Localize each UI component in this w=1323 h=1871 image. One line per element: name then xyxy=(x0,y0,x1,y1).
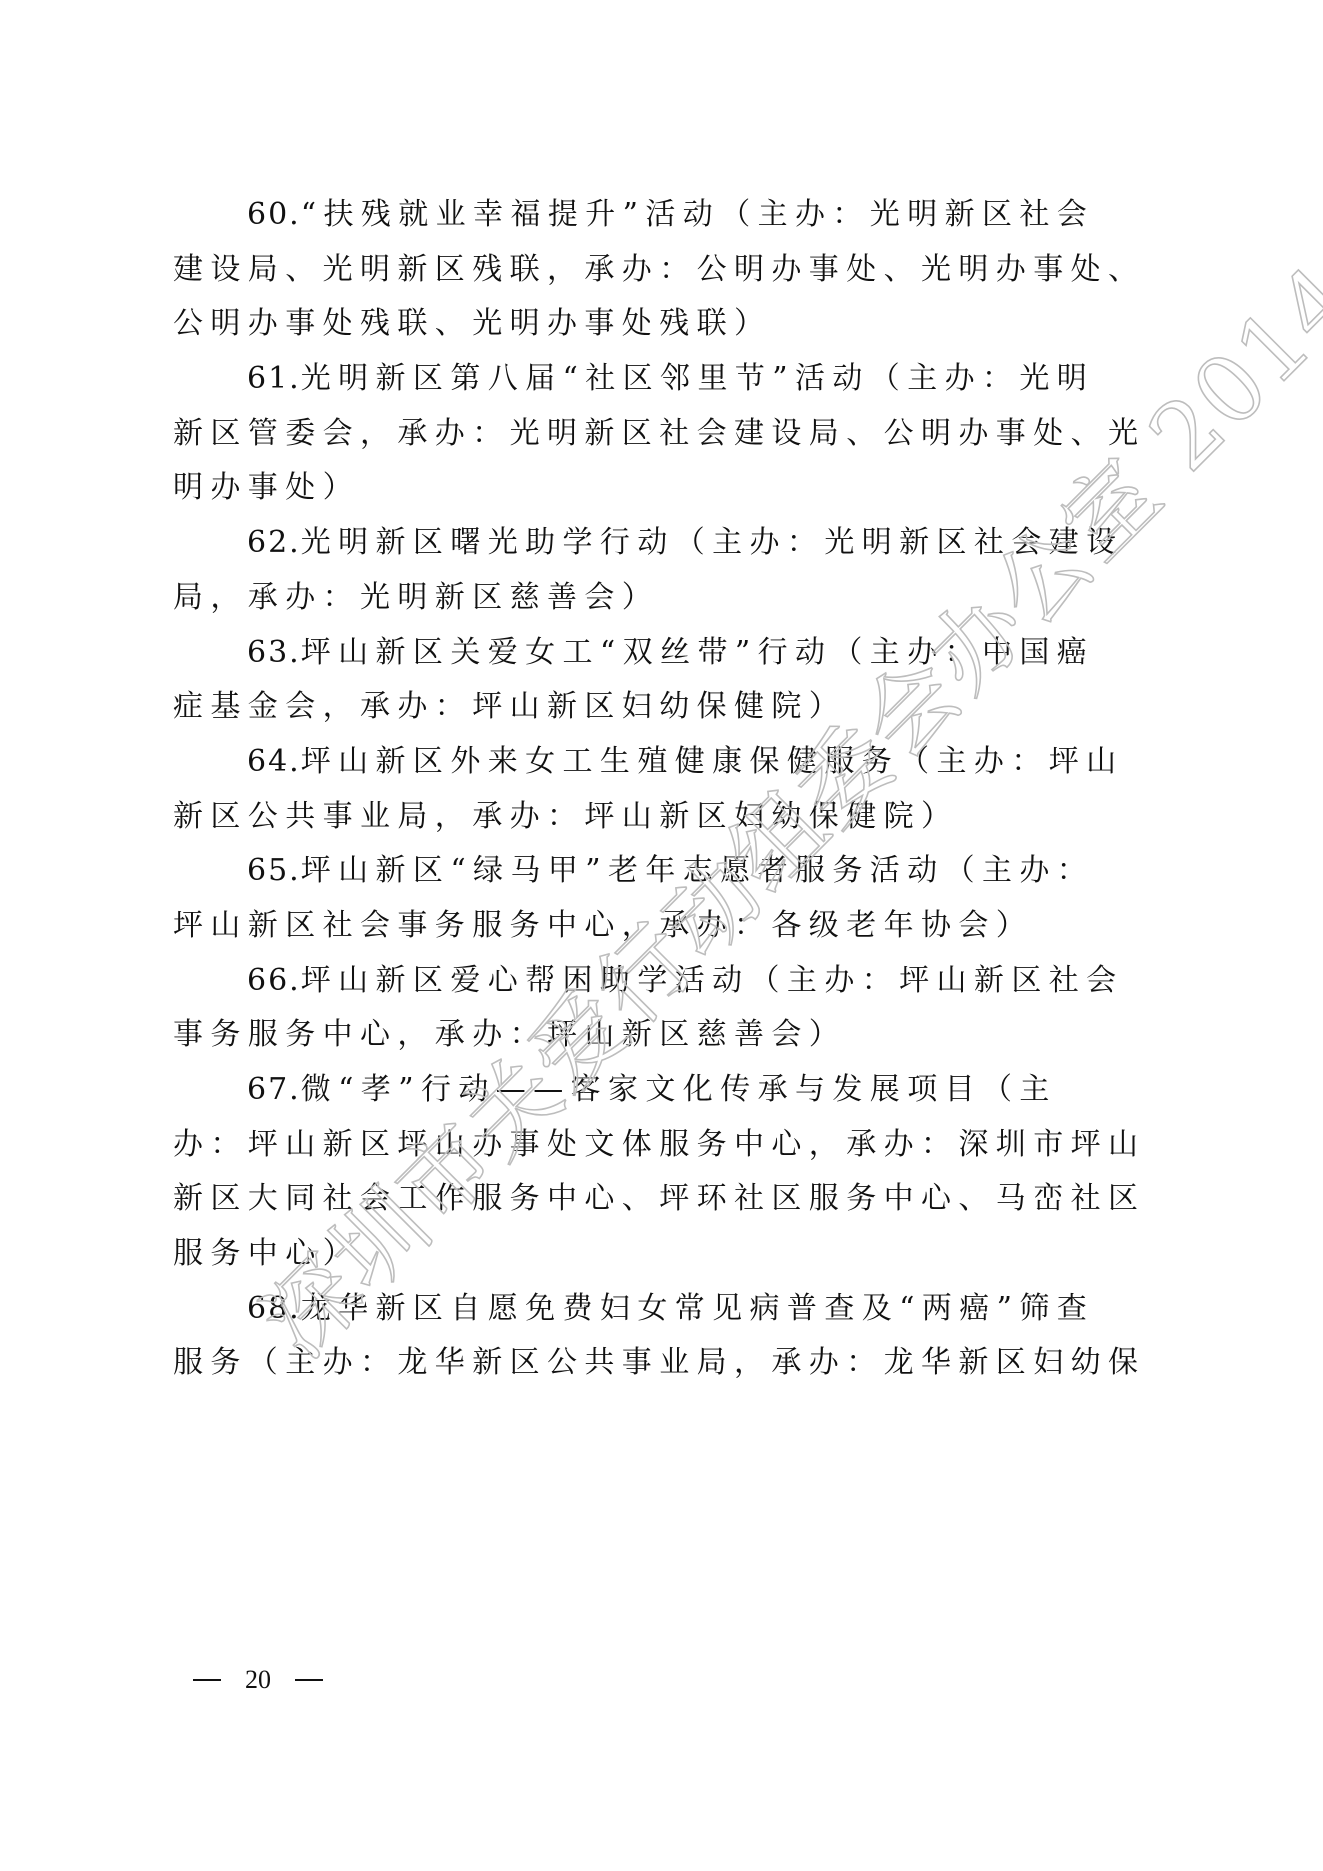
list-item-61: 61.光明新区第八届“社区邻里节”活动（主办：光明 新区管委会，承办：光明新区社… xyxy=(173,352,1163,516)
item-text-line: 局，承办：光明新区慈善会） xyxy=(173,571,1163,626)
list-item-66: 66.坪山新区爱心帮困助学活动（主办：坪山新区社会 事务服务中心，承办：坪山新区… xyxy=(173,954,1163,1063)
item-text-line: 服务（主办：龙华新区公共事业局，承办：龙华新区妇幼保 xyxy=(173,1336,1163,1391)
item-text-line: 事务服务中心，承办：坪山新区慈善会） xyxy=(173,1008,1163,1063)
item-text-line: 明办事处） xyxy=(173,461,1163,516)
page-number: 20 xyxy=(193,1665,323,1695)
item-number: 63. xyxy=(247,635,301,670)
item-text-line: 建设局、光明新区残联，承办：公明办事处、光明办事处、 xyxy=(173,243,1163,298)
item-number: 68. xyxy=(247,1291,301,1326)
item-text-line: 公明办事处残联、光明办事处残联） xyxy=(173,297,1163,352)
list-item-68: 68.龙华新区自愿免费妇女常见病普查及“两癌”筛查 服务（主办：龙华新区公共事业… xyxy=(173,1282,1163,1391)
item-number: 67. xyxy=(247,1072,301,1107)
list-item-64: 64.坪山新区外来女工生殖健康保健服务（主办：坪山 新区公共事业局，承办：坪山新… xyxy=(173,735,1163,844)
item-first-line: 61.光明新区第八届“社区邻里节”活动（主办：光明 xyxy=(173,352,1163,407)
item-first-line: 65.坪山新区“绿马甲”老年志愿者服务活动（主办： xyxy=(173,844,1163,899)
item-first-line: 63.坪山新区关爱女工“双丝带”行动（主办：中国癌 xyxy=(173,626,1163,681)
item-number: 62. xyxy=(247,525,301,560)
item-text: 坪山新区外来女工生殖健康保健服务（主办：坪山 xyxy=(301,744,1124,779)
item-number: 60. xyxy=(247,197,301,232)
item-text-line: 坪山新区社会事务服务中心，承办：各级老年协会） xyxy=(173,899,1163,954)
list-item-60: 60.“扶残就业幸福提升”活动（主办：光明新区社会 建设局、光明新区残联，承办：… xyxy=(173,188,1163,352)
item-number: 66. xyxy=(247,963,301,998)
item-first-line: 60.“扶残就业幸福提升”活动（主办：光明新区社会 xyxy=(173,188,1163,243)
item-first-line: 67.微“孝”行动——客家文化传承与发展项目（主 xyxy=(173,1063,1163,1118)
list-item-67: 67.微“孝”行动——客家文化传承与发展项目（主 办：坪山新区坪山办事处文体服务… xyxy=(173,1063,1163,1282)
page-number-value: 20 xyxy=(245,1665,271,1695)
item-text: 光明新区曙光助学行动（主办：光明新区社会建设 xyxy=(301,525,1124,560)
item-number: 65. xyxy=(247,853,301,888)
item-text-line: 新区公共事业局，承办：坪山新区妇幼保健院） xyxy=(173,790,1163,845)
item-text: 坪山新区关爱女工“双丝带”行动（主办：中国癌 xyxy=(301,635,1094,670)
item-text-line: 新区管委会，承办：光明新区社会建设局、公明办事处、光 xyxy=(173,407,1163,462)
list-item-65: 65.坪山新区“绿马甲”老年志愿者服务活动（主办： 坪山新区社会事务服务中心，承… xyxy=(173,844,1163,953)
item-text: 龙华新区自愿免费妇女常见病普查及“两癌”筛查 xyxy=(301,1291,1094,1326)
item-text: 坪山新区“绿马甲”老年志愿者服务活动（主办： xyxy=(301,853,1094,888)
item-text-line: 服务中心） xyxy=(173,1227,1163,1282)
item-text: 光明新区第八届“社区邻里节”活动（主办：光明 xyxy=(301,361,1094,396)
item-text-line: 办：坪山新区坪山办事处文体服务中心，承办：深圳市坪山 xyxy=(173,1118,1163,1173)
item-text: “扶残就业幸福提升”活动（主办：光明新区社会 xyxy=(301,197,1094,232)
page-number-dash-left xyxy=(193,1679,221,1681)
item-first-line: 62.光明新区曙光助学行动（主办：光明新区社会建设 xyxy=(173,516,1163,571)
item-first-line: 66.坪山新区爱心帮困助学活动（主办：坪山新区社会 xyxy=(173,954,1163,1009)
page-number-dash-right xyxy=(295,1679,323,1681)
list-item-63: 63.坪山新区关爱女工“双丝带”行动（主办：中国癌 症基金会，承办：坪山新区妇幼… xyxy=(173,626,1163,735)
item-number: 61. xyxy=(247,361,301,396)
document-page: 60.“扶残就业幸福提升”活动（主办：光明新区社会 建设局、光明新区残联，承办：… xyxy=(0,0,1323,1871)
list-item-62: 62.光明新区曙光助学行动（主办：光明新区社会建设 局，承办：光明新区慈善会） xyxy=(173,516,1163,625)
item-number: 64. xyxy=(247,744,301,779)
item-text-line: 新区大同社会工作服务中心、坪环社区服务中心、马峦社区 xyxy=(173,1172,1163,1227)
item-first-line: 64.坪山新区外来女工生殖健康保健服务（主办：坪山 xyxy=(173,735,1163,790)
item-text-line: 症基金会，承办：坪山新区妇幼保健院） xyxy=(173,680,1163,735)
document-body: 60.“扶残就业幸福提升”活动（主办：光明新区社会 建设局、光明新区残联，承办：… xyxy=(173,188,1163,1391)
item-first-line: 68.龙华新区自愿免费妇女常见病普查及“两癌”筛查 xyxy=(173,1282,1163,1337)
item-text: 坪山新区爱心帮困助学活动（主办：坪山新区社会 xyxy=(301,963,1124,998)
item-text: 微“孝”行动——客家文化传承与发展项目（主 xyxy=(301,1072,1057,1107)
